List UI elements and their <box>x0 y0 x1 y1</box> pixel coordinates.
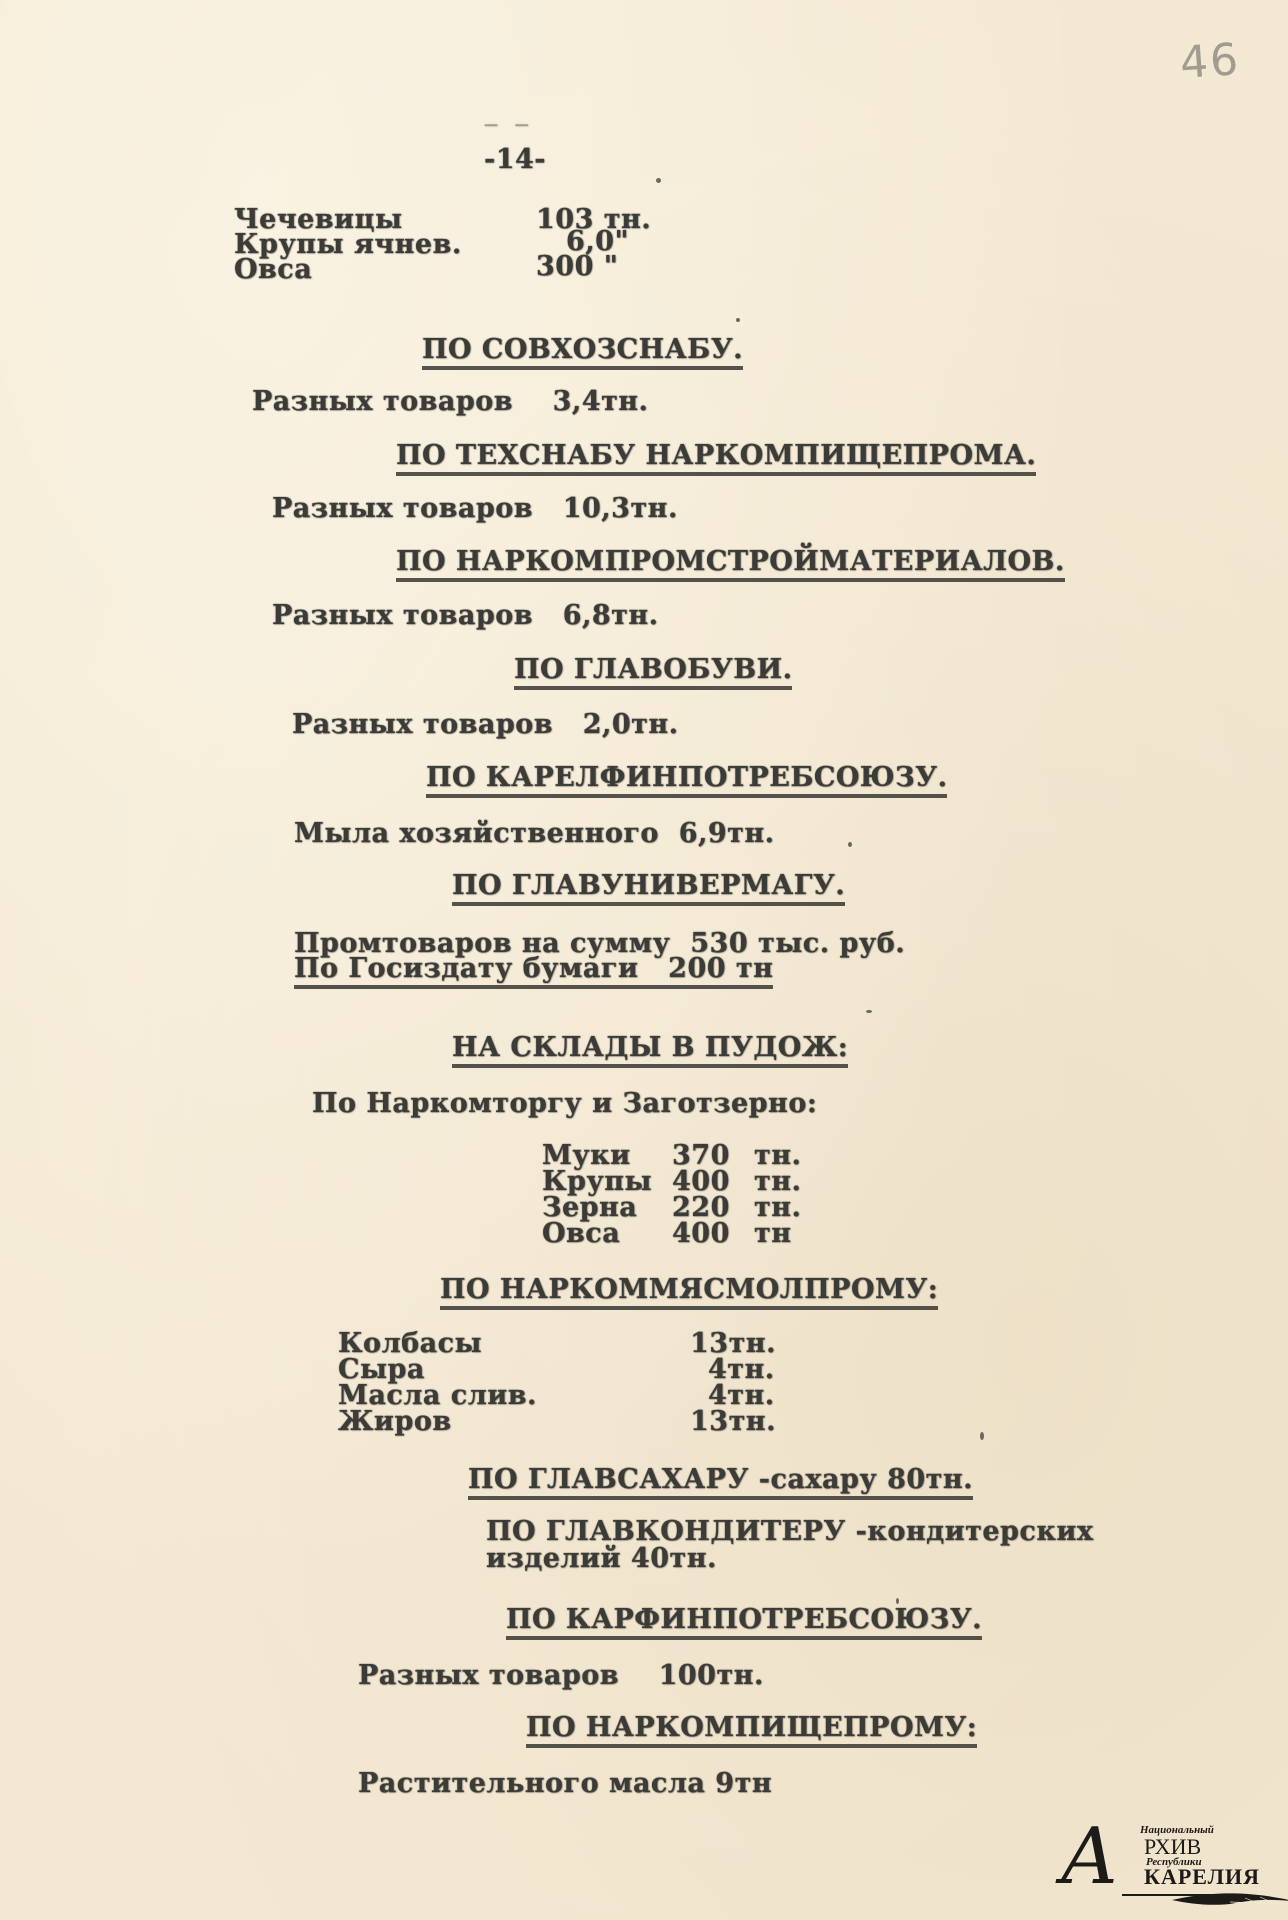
section-line: Разных товаров 2,0тн. <box>292 711 679 738</box>
meat-dairy-value: 4тн. <box>708 1356 775 1383</box>
section-heading-glavunivermag: ПО ГЛАВУНИВЕРМАГУ. <box>452 872 845 906</box>
pudozh-unit: тн. <box>754 1142 801 1169</box>
section-heading-narkompromstroymaterialov: ПО НАРКОМПРОМСТРОЙМАТЕРИАЛОВ. <box>396 548 1065 582</box>
section-line: Мыла хозяйственного 6,9тн. <box>294 820 775 847</box>
section-heading-glavsakhar: ПО ГЛАВСАХАРУ -сахару 80тн. <box>468 1466 973 1500</box>
opening-value: 300 " <box>536 253 618 280</box>
ink-speck <box>980 1432 984 1440</box>
section-line: Разных товаров 3,4тн. <box>252 388 648 415</box>
section-heading-glavobuv: ПО ГЛАВОБУВИ. <box>514 656 792 690</box>
meat-dairy-item: Жиров <box>338 1408 452 1435</box>
archive-watermark-logo: А Национальный РХИВ Республики КАРЕЛИЯ <box>1060 1818 1280 1910</box>
section-heading-narkompishcheprom: ПО НАРКОМПИЩЕПРОМУ: <box>526 1714 977 1748</box>
pudozh-unit: тн. <box>754 1168 801 1195</box>
ink-speck <box>736 318 740 322</box>
pudozh-item: Муки <box>542 1142 631 1169</box>
section-heading-sovkhozsnab: ПО СОВХОЗСНАБУ. <box>422 336 743 370</box>
pudozh-value: 400 <box>672 1168 730 1195</box>
ink-speck <box>848 842 852 847</box>
archive-logo-line: РХИВ <box>1144 1836 1201 1858</box>
confectionery-line-1: ПО ГЛАВКОНДИТЕРУ -кондитерских <box>486 1518 1093 1545</box>
meat-dairy-value: 4тн. <box>708 1382 775 1409</box>
section-heading-pudozh: НА СКЛАДЫ В ПУДОЖ: <box>452 1034 848 1068</box>
opening-item: Овса <box>234 256 312 283</box>
section-heading-tekhsnab: ПО ТЕХСНАБУ НАРКОМПИЩЕПРОМА. <box>396 442 1036 476</box>
meat-dairy-value: 13тн. <box>690 1330 776 1357</box>
section-line: Разных товаров 6,8тн. <box>272 602 659 629</box>
section-line: Разных товаров 10,3тн. <box>272 495 678 522</box>
pudozh-subheading: По Наркомторгу и Заготзерно: <box>312 1090 817 1117</box>
page-number-ghost-marks: — — <box>484 112 529 139</box>
ink-speck <box>866 1010 872 1013</box>
archive-monogram: А <box>1060 1818 1119 1896</box>
confectionery-line-2: изделий 40тн. <box>486 1545 717 1572</box>
pudozh-item: Овса <box>542 1220 620 1247</box>
section-heading-karelfinpotrebsoyuz: ПО КАРЕЛФИНПОТРЕБСОЮЗУ. <box>426 764 947 798</box>
ink-speck <box>656 178 661 183</box>
page-number: -14- <box>484 146 546 173</box>
pudozh-item: Зерна <box>542 1194 637 1221</box>
pudozh-item: Крупы <box>542 1168 652 1195</box>
section-heading-narkommyasmolprom: ПО НАРКОММЯСМОЛПРОМУ: <box>440 1276 938 1310</box>
section-heading-karfinpotrebsoyuz: ПО КАРФИНПОТРЕБСОЮЗУ. <box>506 1606 982 1640</box>
pudozh-value: 400 <box>672 1220 730 1247</box>
document-page: 46 -14- — — Чечевицы 103 тн. Крупы ячнев… <box>0 0 1288 1920</box>
pudozh-unit: тн. <box>754 1194 801 1221</box>
section-line-gosizdat: По Госиздату бумаги 200 тн <box>294 955 773 989</box>
meat-dairy-item: Колбасы <box>338 1330 482 1357</box>
section-line: Разных товаров 100тн. <box>358 1662 764 1689</box>
section-line: Растительного масла 9тн <box>358 1770 772 1797</box>
meat-dairy-item: Масла слив. <box>338 1382 537 1409</box>
pudozh-value: 220 <box>672 1194 730 1221</box>
meat-dairy-item: Сыра <box>338 1356 425 1383</box>
archive-folio-number: 46 <box>1178 34 1241 89</box>
meat-dairy-value: 13тн. <box>690 1408 776 1435</box>
pudozh-value: 370 <box>672 1142 730 1169</box>
quill-icon <box>1170 1884 1288 1908</box>
ink-speck <box>896 1598 899 1604</box>
pudozh-unit: тн <box>754 1220 792 1247</box>
